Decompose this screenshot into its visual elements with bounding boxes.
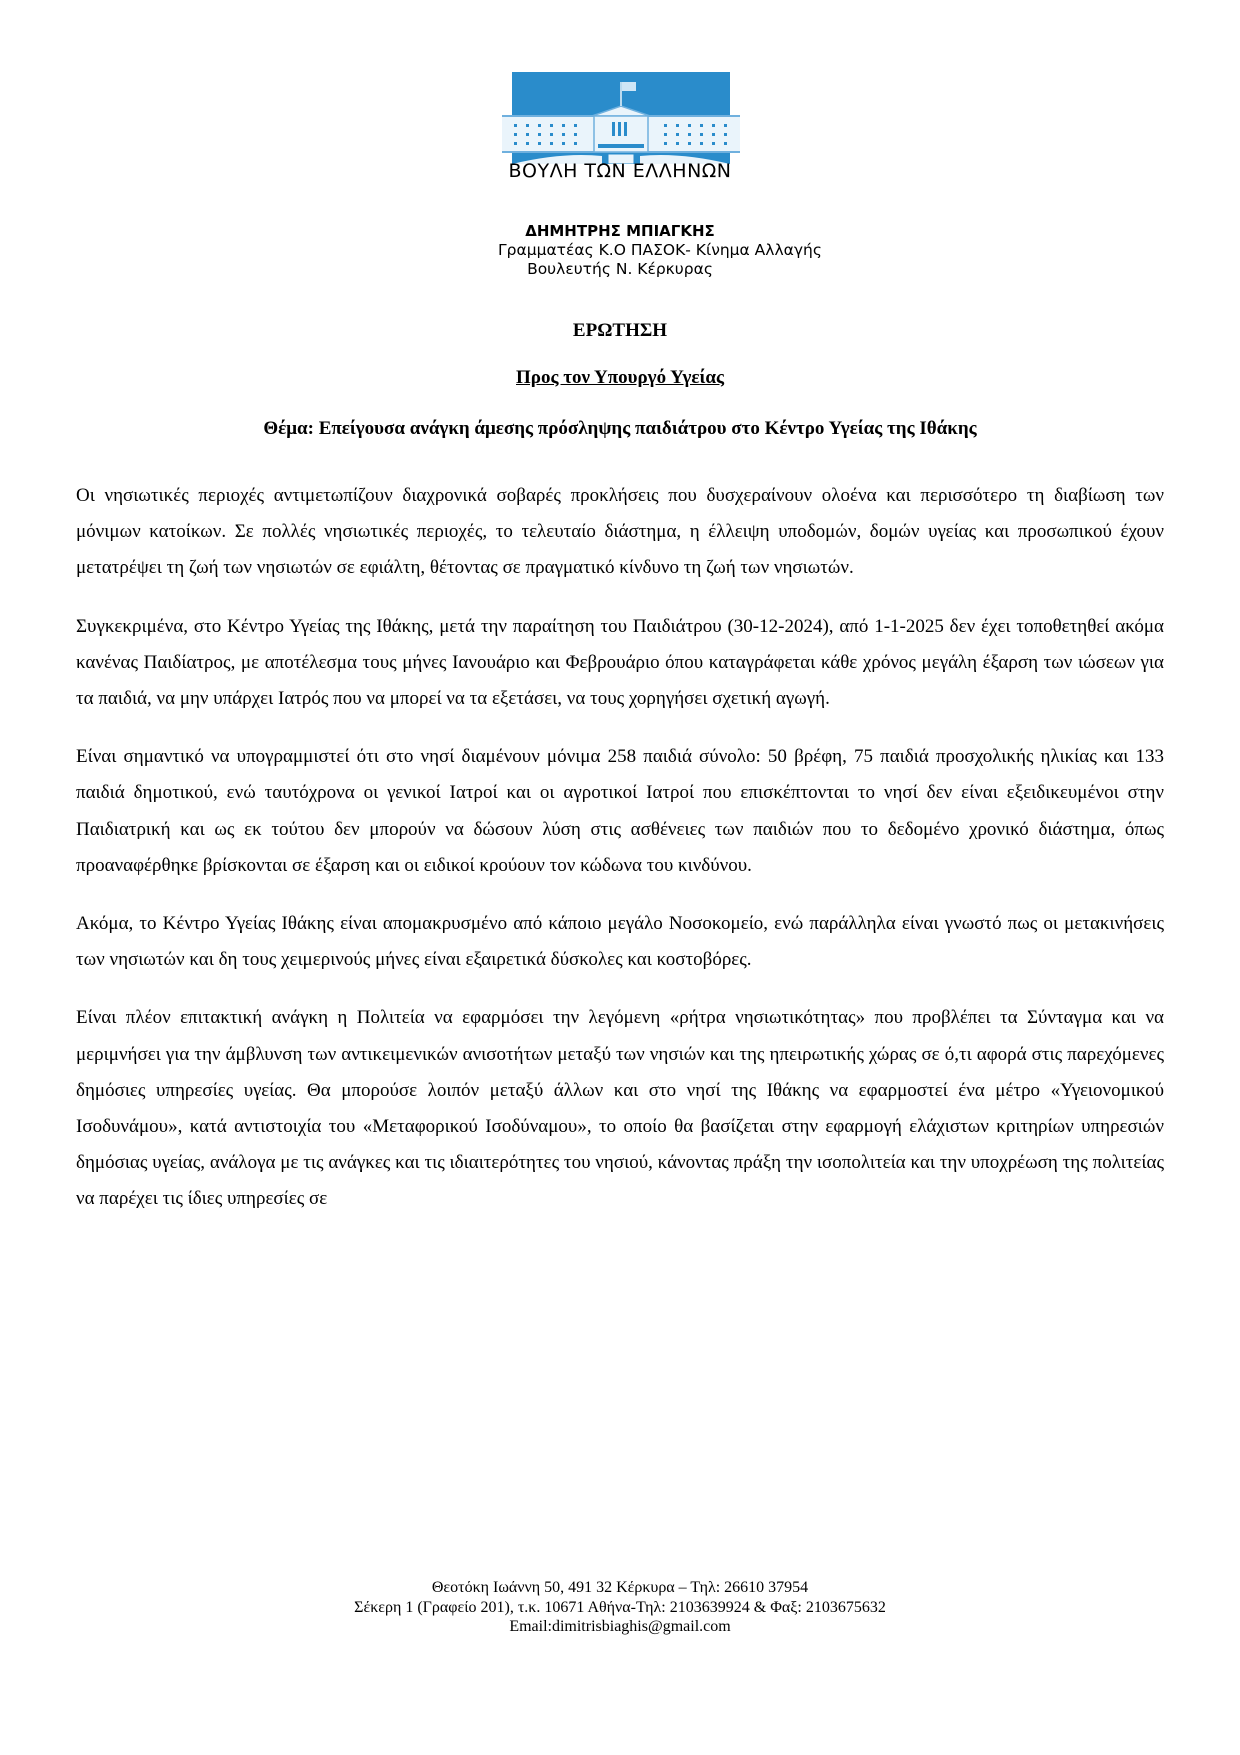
body-paragraph: Συγκεκριμένα, στο Κέντρο Υγείας της Ιθάκ…: [76, 609, 1164, 718]
footer-address-athens: Σέκερη 1 (Γραφείο 201), τ.κ. 10671 Αθήνα…: [0, 1598, 1240, 1618]
author-role: Γραμματέας Κ.Ο ΠΑΣΟΚ- Κίνημα Αλλαγής: [0, 241, 1240, 260]
document-type-title: ΕΡΩΤΗΣΗ: [0, 320, 1240, 342]
body-paragraph: Είναι πλέον επιτακτική ανάγκη η Πολιτεία…: [76, 1000, 1164, 1217]
page-footer: Θεοτόκη Ιωάννη 50, 491 32 Κέρκυρα – Τηλ:…: [0, 1578, 1240, 1637]
hellenic-parliament-building-icon: [502, 72, 740, 164]
footer-address-corfu: Θεοτόκη Ιωάννη 50, 491 32 Κέρκυρα – Τηλ:…: [0, 1578, 1240, 1598]
body-paragraph: Οι νησιωτικές περιοχές αντιμετωπίζουν δι…: [76, 478, 1164, 587]
parliament-name: ΒΟΥΛΗ ΤΩΝ ΕΛΛΗΝΩΝ: [0, 160, 1240, 182]
author-constituency: Βουλευτής Ν. Κέρκυρας: [0, 260, 1240, 279]
document-page: ΒΟΥΛΗ ΤΩΝ ΕΛΛΗΝΩΝ ΔΗΜΗΤΡΗΣ ΜΠΙΑΓΚΗΣ Γραμ…: [0, 0, 1240, 1755]
author-name: ΔΗΜΗΤΡΗΣ ΜΠΙΑΓΚΗΣ: [0, 222, 1240, 241]
body-paragraph: Είναι σημαντικό να υπογραμμιστεί ότι στο…: [76, 739, 1164, 884]
author-block: ΔΗΜΗΤΡΗΣ ΜΠΙΑΓΚΗΣ Γραμματέας Κ.Ο ΠΑΣΟΚ- …: [0, 222, 1240, 279]
document-body: Οι νησιωτικές περιοχές αντιμετωπίζουν δι…: [76, 478, 1164, 1240]
footer-email: Email:dimitrisbiaghis@gmail.com: [0, 1617, 1240, 1637]
document-recipient: Προς τον Υπουργό Υγείας: [0, 367, 1240, 389]
body-paragraph: Ακόμα, το Κέντρο Υγείας Ιθάκης είναι απο…: [76, 906, 1164, 978]
document-subject: Θέμα: Επείγουσα ανάγκη άμεσης πρόσληψης …: [0, 418, 1240, 440]
